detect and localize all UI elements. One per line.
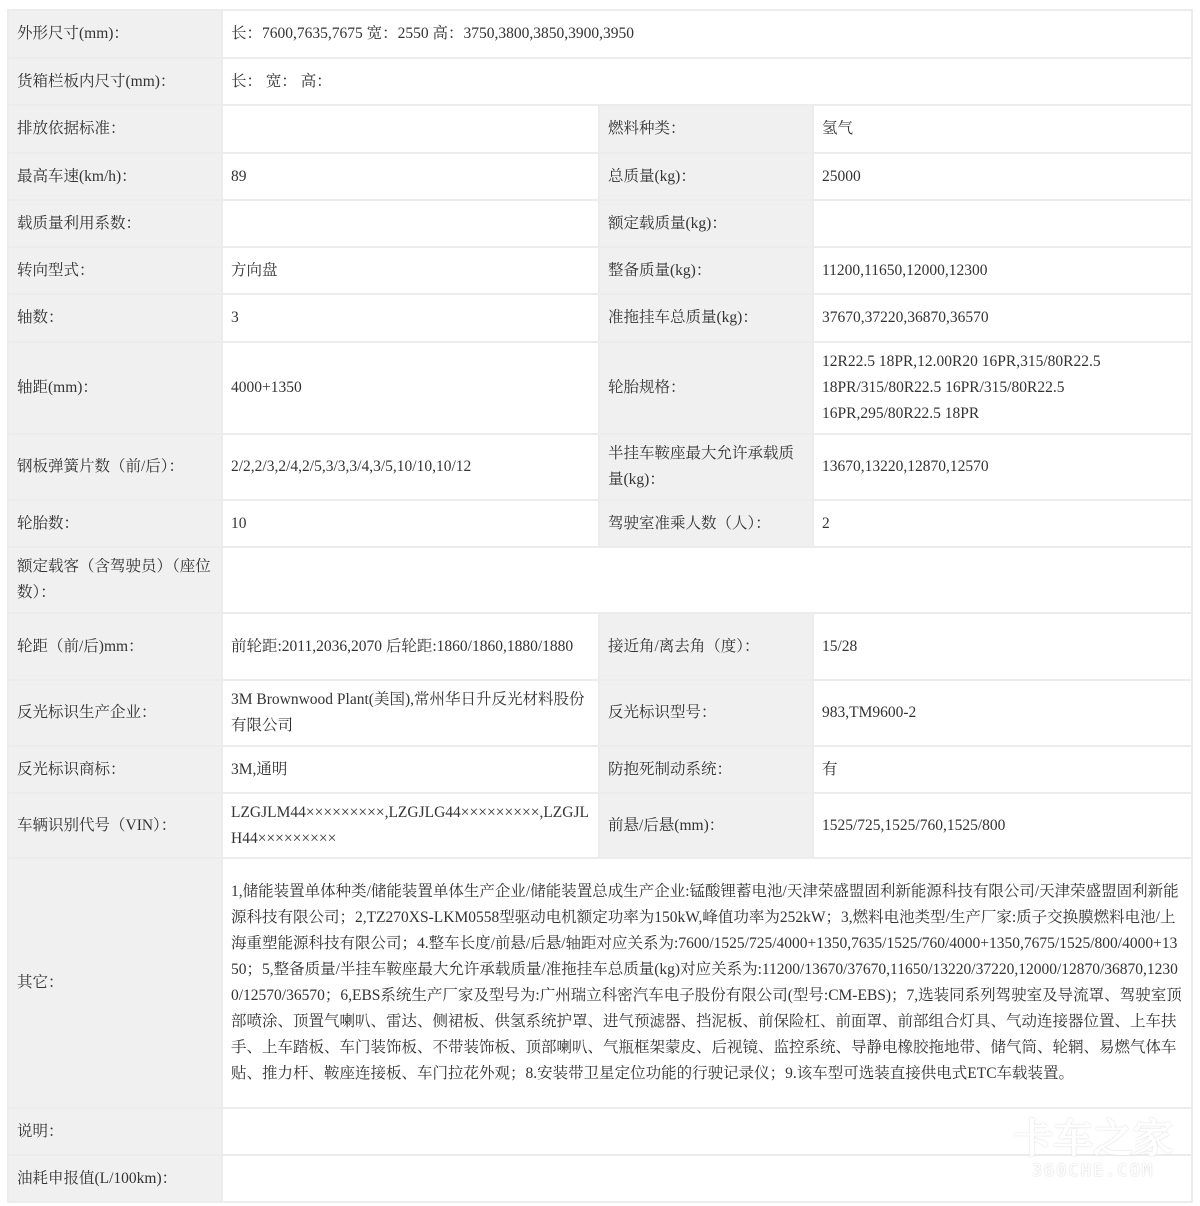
value-tire-spec: 12R22.5 18PR,12.00R20 16PR,315/80R22.5 1… xyxy=(813,342,1192,434)
label-tire-spec: 轮胎规格： xyxy=(599,342,813,434)
value-curb-mass: 11200,11650,12000,12300 xyxy=(813,247,1192,294)
value-max-speed: 89 xyxy=(222,153,599,200)
value-emission-standard xyxy=(222,105,599,153)
label-saddle-max-load: 半挂车鞍座最大允许承载质量(kg)： xyxy=(599,434,813,500)
row-springs-saddle: 钢板弹簧片数（前/后）： 2/2,2/3,2/4,2/5,3/3,3/4,3/5… xyxy=(8,434,1192,500)
label-cargo-inner-dimensions: 货箱栏板内尺寸(mm)： xyxy=(8,58,222,105)
row-speed-mass: 最高车速(km/h)： 89 总质量(kg)： 25000 xyxy=(8,153,1192,200)
value-dimensions: 长：7600,7635,7675 宽：2550 高：3750,3800,3850… xyxy=(222,10,1192,58)
value-wheelbase: 4000+1350 xyxy=(222,342,599,434)
label-max-speed: 最高车速(km/h)： xyxy=(8,153,222,200)
label-cab-occupants: 驾驶室准乘人数（人）： xyxy=(599,500,813,547)
value-vin: LZGJLM44×××××××××,LZGJLG44×××××××××,LZGJ… xyxy=(222,793,599,858)
label-leaf-springs: 钢板弹簧片数（前/后）： xyxy=(8,434,222,500)
label-gross-mass: 总质量(kg)： xyxy=(599,153,813,200)
value-rated-load xyxy=(813,200,1192,247)
label-vin: 车辆识别代号（VIN）： xyxy=(8,793,222,858)
label-emission-standard: 排放依据标准： xyxy=(8,105,222,153)
label-track-width: 轮距（前/后)mm： xyxy=(8,613,222,680)
value-overhang: 1525/725,1525/760,1525/800 xyxy=(813,793,1192,858)
value-fuel-consumption xyxy=(222,1155,1192,1202)
label-fuel-type: 燃料种类： xyxy=(599,105,813,153)
value-approach-departure-angle: 15/28 xyxy=(813,613,1192,680)
vehicle-spec-table: 外形尺寸(mm)： 长：7600,7635,7675 宽：2550 高：3750… xyxy=(7,9,1193,1203)
value-leaf-springs: 2/2,2/3,2/4,2/5,3/3,3/4,3/5,10/10,10/12 xyxy=(222,434,599,500)
row-reflector-maker-model: 反光标识生产企业： 3M Brownwood Plant(美国),常州华日升反光… xyxy=(8,680,1192,746)
label-curb-mass: 整备质量(kg)： xyxy=(599,247,813,294)
row-tires-cab: 轮胎数： 10 驾驶室准乘人数（人）： 2 xyxy=(8,500,1192,547)
label-other: 其它： xyxy=(8,858,222,1108)
label-reflector-brand: 反光标识商标： xyxy=(8,746,222,793)
row-track-angles: 轮距（前/后)mm： 前轮距:2011,2036,2070 后轮距:1860/1… xyxy=(8,613,1192,680)
value-cargo-inner-dimensions: 长： 宽： 高： xyxy=(222,58,1192,105)
row-steering-curb: 转向型式： 方向盘 整备质量(kg)： 11200,11650,12000,12… xyxy=(8,247,1192,294)
label-load-utilization: 载质量利用系数： xyxy=(8,200,222,247)
label-axle-count: 轴数： xyxy=(8,294,222,342)
value-tire-count: 10 xyxy=(222,500,599,547)
row-notes: 说明： xyxy=(8,1108,1192,1155)
value-abs: 有 xyxy=(813,746,1192,793)
label-reflector-manufacturer: 反光标识生产企业： xyxy=(8,680,222,746)
label-rated-passengers: 额定载客（含驾驶员）（座位数）： xyxy=(8,547,222,613)
value-notes xyxy=(222,1108,1192,1155)
row-axles-trailer: 轴数： 3 准拖挂车总质量(kg)： 37670,37220,36870,365… xyxy=(8,294,1192,342)
value-reflector-model: 983,TM9600-2 xyxy=(813,680,1192,746)
value-saddle-max-load: 13670,13220,12870,12570 xyxy=(813,434,1192,500)
row-load-factor: 载质量利用系数： 额定载质量(kg)： xyxy=(8,200,1192,247)
label-reflector-model: 反光标识型号： xyxy=(599,680,813,746)
value-reflector-manufacturer: 3M Brownwood Plant(美国),常州华日升反光材料股份有限公司 xyxy=(222,680,599,746)
value-cab-occupants: 2 xyxy=(813,500,1192,547)
label-rated-load: 额定载质量(kg)： xyxy=(599,200,813,247)
value-trailer-gross-mass: 37670,37220,36870,36570 xyxy=(813,294,1192,342)
value-other: 1,储能装置单体种类/储能装置单体生产企业/储能装置总成生产企业:锰酸锂蓄电池/… xyxy=(222,858,1192,1108)
row-reflector-brand-abs: 反光标识商标： 3M,通明 防抱死制动系统： 有 xyxy=(8,746,1192,793)
label-fuel-consumption: 油耗申报值(L/100km)： xyxy=(8,1155,222,1202)
row-other: 其它： 1,储能装置单体种类/储能装置单体生产企业/储能装置总成生产企业:锰酸锂… xyxy=(8,858,1192,1108)
row-wheelbase-tires: 轴距(mm)： 4000+1350 轮胎规格： 12R22.5 18PR,12.… xyxy=(8,342,1192,434)
value-rated-passengers xyxy=(222,547,1192,613)
row-fuel-consumption: 油耗申报值(L/100km)： xyxy=(8,1155,1192,1202)
row-cargo-inner-dimensions: 货箱栏板内尺寸(mm)： 长： 宽： 高： xyxy=(8,58,1192,105)
label-dimensions: 外形尺寸(mm)： xyxy=(8,10,222,58)
label-tire-count: 轮胎数： xyxy=(8,500,222,547)
row-vin-overhang: 车辆识别代号（VIN）： LZGJLM44×××××××××,LZGJLG44×… xyxy=(8,793,1192,858)
row-dimensions: 外形尺寸(mm)： 长：7600,7635,7675 宽：2550 高：3750… xyxy=(8,10,1192,58)
row-rated-passengers: 额定载客（含驾驶员）（座位数）： xyxy=(8,547,1192,613)
label-overhang: 前悬/后悬(mm)： xyxy=(599,793,813,858)
value-axle-count: 3 xyxy=(222,294,599,342)
label-trailer-gross-mass: 准拖挂车总质量(kg)： xyxy=(599,294,813,342)
label-wheelbase: 轴距(mm)： xyxy=(8,342,222,434)
value-load-utilization xyxy=(222,200,599,247)
label-approach-departure-angle: 接近角/离去角（度）： xyxy=(599,613,813,680)
value-reflector-brand: 3M,通明 xyxy=(222,746,599,793)
label-steering-type: 转向型式： xyxy=(8,247,222,294)
value-gross-mass: 25000 xyxy=(813,153,1192,200)
value-fuel-type: 氢气 xyxy=(813,105,1192,153)
value-track-width: 前轮距:2011,2036,2070 后轮距:1860/1860,1880/18… xyxy=(222,613,599,680)
label-abs: 防抱死制动系统： xyxy=(599,746,813,793)
value-steering-type: 方向盘 xyxy=(222,247,599,294)
row-emission-fuel: 排放依据标准： 燃料种类： 氢气 xyxy=(8,105,1192,153)
label-notes: 说明： xyxy=(8,1108,222,1155)
